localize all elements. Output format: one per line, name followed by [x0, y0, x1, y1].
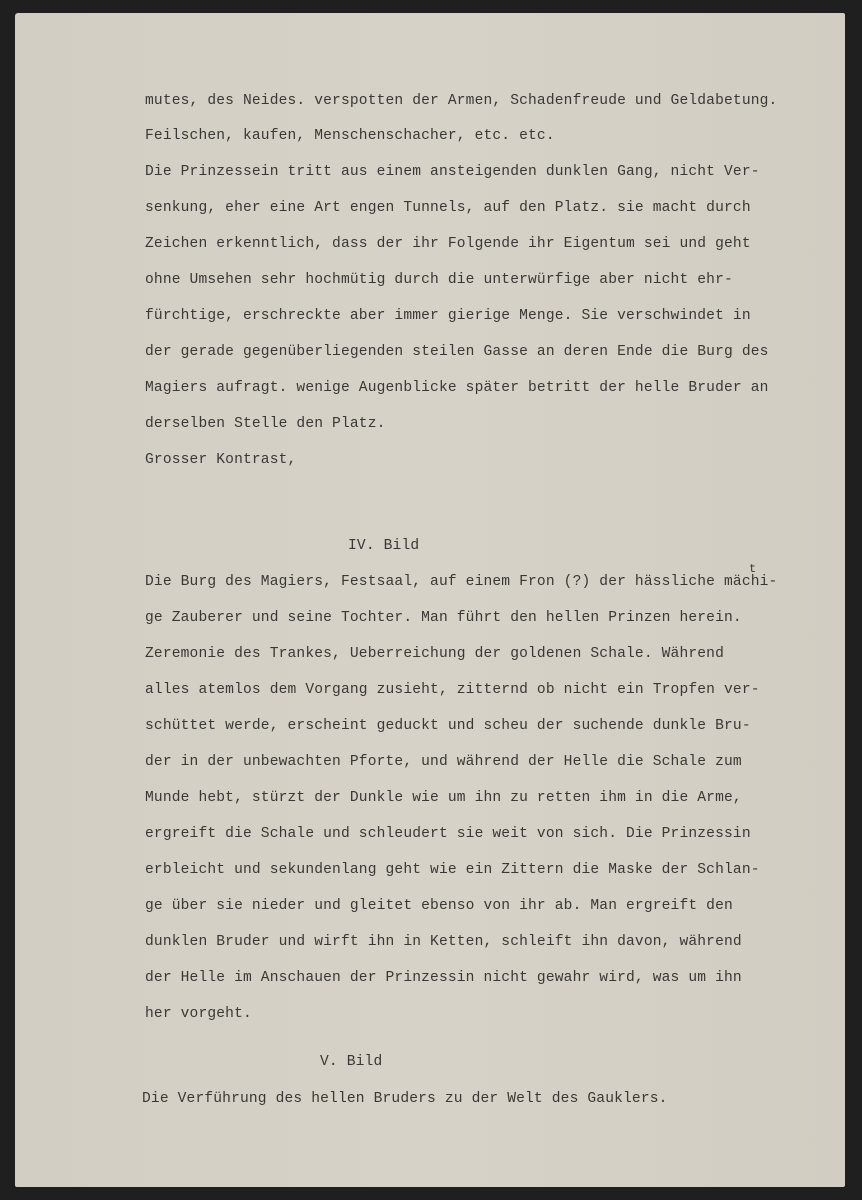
text-line: der in der unbewachten Pforte, und währe…: [145, 753, 742, 771]
text-line: Die Burg des Magiers, Festsaal, auf eine…: [145, 573, 777, 591]
text-line: Zeichen erkenntlich, dass der ihr Folgen…: [145, 235, 751, 253]
text-line: ge Zauberer und seine Tochter. Man führt…: [145, 609, 742, 627]
text-line: her vorgeht.: [145, 1005, 252, 1023]
text-line: erbleicht und sekundenlang geht wie ein …: [145, 861, 760, 879]
text-line: alles atemlos dem Vorgang zusieht, zitte…: [145, 681, 760, 699]
text-line: fürchtige, erschreckte aber immer gierig…: [145, 307, 751, 325]
paper-sheet: [15, 13, 845, 1187]
text-line: Magiers aufragt. wenige Augenblicke spät…: [145, 379, 769, 397]
text-line: Feilschen, kaufen, Menschenschacher, etc…: [145, 127, 555, 145]
section-heading-v: V. Bild: [320, 1053, 382, 1071]
text-line: ergreift die Schale und schleudert sie w…: [145, 825, 751, 843]
text-line: der Helle im Anschauen der Prinzessin ni…: [145, 969, 742, 987]
text-line: senkung, eher eine Art engen Tunnels, au…: [145, 199, 751, 217]
text-line: der gerade gegenüberliegenden steilen Ga…: [145, 343, 769, 361]
text-line: ge über sie nieder und gleitet ebenso vo…: [145, 897, 733, 915]
text-line: Grosser Kontrast,: [145, 451, 296, 469]
text-line: Zeremonie des Trankes, Ueberreichung der…: [145, 645, 724, 663]
text-line: dunklen Bruder und wirft ihn in Ketten, …: [145, 933, 742, 951]
text-line: schüttet werde, erscheint geduckt und sc…: [145, 717, 751, 735]
text-line: mutes, des Neides. verspotten der Armen,…: [145, 92, 777, 110]
text-line: Munde hebt, stürzt der Dunkle wie um ihn…: [145, 789, 742, 807]
text-line: ohne Umsehen sehr hochmütig durch die un…: [145, 271, 733, 289]
text-line: Die Prinzessein tritt aus einem ansteige…: [145, 163, 760, 181]
section-heading-iv: IV. Bild: [348, 537, 419, 555]
text-line: derselben Stelle den Platz.: [145, 415, 386, 433]
text-line: Die Verführung des hellen Bruders zu der…: [142, 1090, 668, 1108]
